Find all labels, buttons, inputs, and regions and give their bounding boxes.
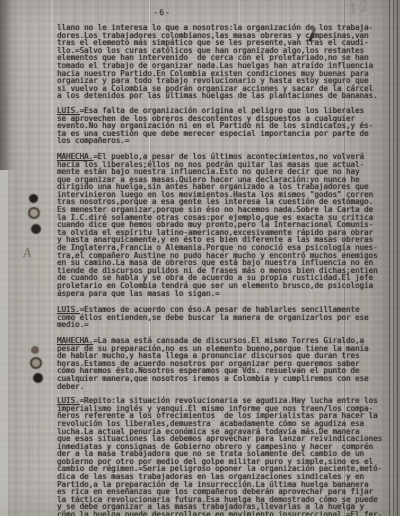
typewritten-text-block: llano no le interesa lo que a nosotros:l… [57, 24, 395, 516]
paragraph-mahecha-2: MAHECHA.=La masa está cansada de discurs… [57, 337, 395, 390]
punch-hole-mark [31, 346, 39, 354]
scan-edge-left [0, 0, 16, 170]
paragraph-text: =Estamos de acuerdo con éso.A pesar de h… [57, 305, 369, 329]
paragraph-text: =Repito:la situación revolucionaria se a… [57, 396, 382, 516]
paragraph-mahecha-1: MAHECHA.=El pueblo,a pesar de los último… [57, 153, 395, 297]
punch-hole-mark [31, 224, 41, 234]
paragraph-text: llano no le interesa lo que a nosotros:l… [57, 23, 378, 100]
punch-hole-mark [29, 194, 38, 203]
paragraph-continuation: llano no le interesa lo que a nosotros:l… [57, 24, 395, 100]
paragraph-luis-3: LUIS.=Repito:la situación revolucionaria… [57, 397, 395, 516]
paragraph-text: =La masa está cansada de discursos.El mi… [57, 336, 369, 391]
scanned-page: -6- llano no le interesa lo que a nosotr… [0, 0, 400, 516]
punch-hole-mark [30, 357, 42, 369]
paragraph-luis-1: LUIS.=Esa falta de organización origina … [57, 107, 395, 145]
punch-hole-mark [33, 373, 43, 383]
paragraph-text: =Esa falta de organización origina el pe… [57, 106, 373, 145]
paragraph-text: =El pueblo,a pesar de los últimos aconte… [57, 152, 378, 298]
paragraph-luis-2: LUIS.=Estamos de acuerdo con éso.A pesar… [57, 306, 395, 329]
page-number: -6- [138, 8, 186, 17]
ink-speck [117, 44, 119, 46]
paper-crease [51, 0, 53, 516]
punch-hole-mark [28, 207, 40, 219]
scan-edge-left-light [0, 170, 8, 516]
ink-speck [347, 131, 349, 134]
handwritten-letter-mark: A [22, 245, 33, 260]
